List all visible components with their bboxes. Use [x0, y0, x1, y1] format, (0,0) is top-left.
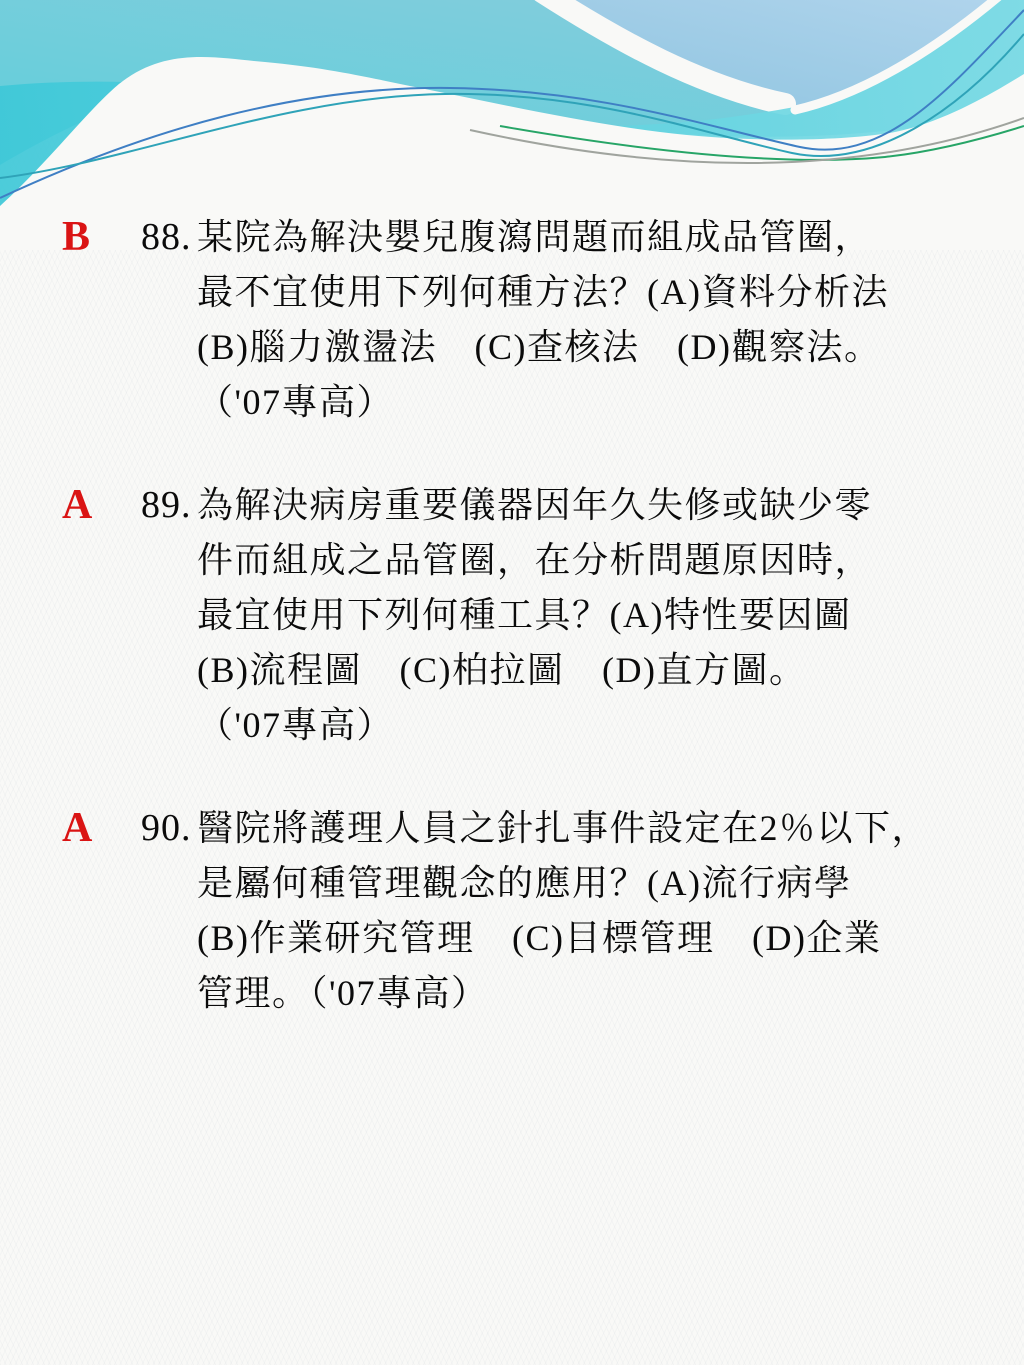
question-90: A 90. 醫院將護理人員之針扎事件設定在2％以下， 是屬何種管理觀念的應用？(…	[62, 801, 994, 1021]
answer-badge: A	[62, 478, 141, 533]
question-text-line: 最不宜使用下列何種方法？(A)資料分析法	[197, 265, 994, 320]
question-text-line: 管理。（'07專高）	[197, 966, 994, 1021]
question-text-line: (B)腦力激盪法 (C)查核法 (D)觀察法。	[197, 320, 994, 375]
question-89: A 89. 為解決病房重要儀器因年久失修或缺少零 件而組成之品管圈，在分析問題原…	[62, 478, 994, 753]
question-text-line: （'07專高）	[197, 698, 994, 753]
question-text-line: (B)流程圖 (C)柏拉圖 (D)直方圖。	[197, 643, 994, 698]
question-text: 為解決病房重要儀器因年久失修或缺少零 件而組成之品管圈，在分析問題原因時， 最宜…	[197, 478, 994, 753]
question-text-line: 醫院將護理人員之針扎事件設定在2％以下，	[197, 801, 994, 856]
question-text-line: 是屬何種管理觀念的應用？(A)流行病學	[197, 856, 994, 911]
questions-list: B 88. 某院為解決嬰兒腹瀉問題而組成品管圈， 最不宜使用下列何種方法？(A)…	[62, 210, 994, 1069]
question-number: 90.	[141, 801, 197, 856]
question-text-line: （'07專高）	[197, 375, 994, 430]
slide: { "slide": { "kind": "exam-question-slid…	[0, 0, 1024, 1365]
question-number: 89.	[141, 478, 197, 533]
question-88: B 88. 某院為解決嬰兒腹瀉問題而組成品管圈， 最不宜使用下列何種方法？(A)…	[62, 210, 994, 430]
question-text-line: (B)作業研究管理 (C)目標管理 (D)企業	[197, 911, 994, 966]
question-text-line: 最宜使用下列何種工具？(A)特性要因圖	[197, 588, 994, 643]
question-text-line: 為解決病房重要儀器因年久失修或缺少零	[197, 478, 994, 533]
question-text-line: 件而組成之品管圈，在分析問題原因時，	[197, 533, 994, 588]
answer-badge: B	[62, 210, 141, 265]
question-text: 某院為解決嬰兒腹瀉問題而組成品管圈， 最不宜使用下列何種方法？(A)資料分析法 …	[197, 210, 994, 430]
question-text: 醫院將護理人員之針扎事件設定在2％以下， 是屬何種管理觀念的應用？(A)流行病學…	[197, 801, 994, 1021]
answer-badge: A	[62, 801, 141, 856]
question-number: 88.	[141, 210, 197, 265]
question-text-line: 某院為解決嬰兒腹瀉問題而組成品管圈，	[197, 210, 994, 265]
